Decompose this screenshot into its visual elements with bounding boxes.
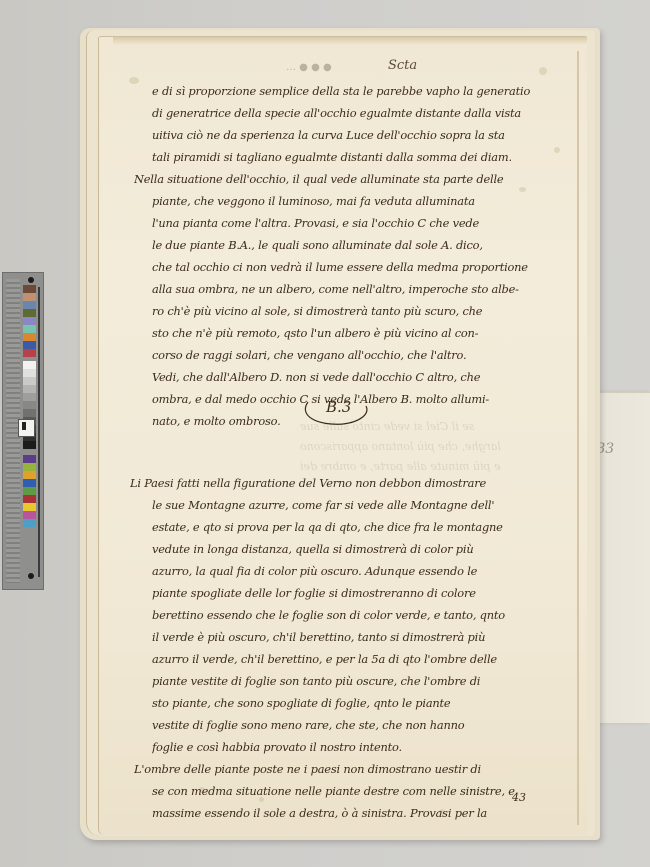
manuscript-text: e di sì proporzione semplice della sta l… bbox=[152, 80, 552, 824]
text-line: alla sua ombra, ne un albero, come nell'… bbox=[152, 278, 552, 300]
text-line: che tal occhio ci non vedrà il lume esse… bbox=[152, 256, 552, 278]
text-line: sto che n'è più remoto, qsto l'un albero… bbox=[152, 322, 552, 344]
text-line: uitiva ciò ne da sperienza la curva Luce… bbox=[152, 124, 552, 146]
color-patch bbox=[23, 401, 36, 409]
color-patch bbox=[23, 361, 36, 369]
text-line: le due piante B.A., le quali sono allumi… bbox=[152, 234, 552, 256]
text-line: corso de raggi solari, che vengano all'o… bbox=[152, 344, 552, 366]
text-line: Vedi, che dall'Albero D. non si vede dal… bbox=[152, 366, 552, 388]
color-patches bbox=[23, 285, 36, 527]
target-registration-dot bbox=[28, 277, 34, 283]
text-line: vestite di foglie sono meno rare, che st… bbox=[152, 714, 552, 736]
target-rail bbox=[38, 287, 40, 577]
color-patch bbox=[23, 369, 36, 377]
color-patch bbox=[23, 409, 36, 417]
header-mark: Scta bbox=[388, 58, 417, 73]
text-line: azurro il verde, ch'il berettino, e per … bbox=[152, 648, 552, 670]
color-patch bbox=[23, 519, 36, 527]
target-registration-dot bbox=[28, 573, 34, 579]
folio-number: 43 bbox=[512, 791, 526, 804]
color-patch bbox=[23, 503, 36, 511]
text-line: ro ch'è più vicino al sole, si dimostrer… bbox=[152, 300, 552, 322]
color-calibration-target bbox=[2, 272, 44, 590]
scanned-manuscript-image: B3 se il Ciel si vede cinto sulle sue la… bbox=[0, 0, 650, 867]
color-patch bbox=[23, 333, 36, 341]
color-patch bbox=[23, 341, 36, 349]
text-line: e di sì proporzione semplice della sta l… bbox=[152, 80, 552, 102]
color-patch bbox=[23, 377, 36, 385]
faded-header-text: … ● ● ● bbox=[286, 62, 332, 73]
text-line: tali piramidi si tagliano egualmte dista… bbox=[152, 146, 552, 168]
color-patch bbox=[23, 441, 36, 449]
text-line: azurro, la qual fia di color più oscuro.… bbox=[152, 560, 552, 582]
color-patch bbox=[23, 393, 36, 401]
text-line: sto piante, che sono spogliate di foglie… bbox=[152, 692, 552, 714]
color-patch bbox=[23, 349, 36, 357]
text-line: berettino essendo che le foglie son di c… bbox=[152, 604, 552, 626]
text-line: vedute in longa distanza, quella si dimo… bbox=[152, 538, 552, 560]
text-line: piante spogliate delle lor foglie si dim… bbox=[152, 582, 552, 604]
color-patch bbox=[23, 495, 36, 503]
text-line: l'una pianta come l'altra. Provasi, e si… bbox=[152, 212, 552, 234]
color-patch bbox=[23, 463, 36, 471]
section-marker-label: B.3 bbox=[326, 398, 351, 416]
color-patch bbox=[23, 471, 36, 479]
text-line: estate, e qto si prova per la qa di qto,… bbox=[152, 516, 552, 538]
text-line: foglie e così habbia provato il nostro i… bbox=[152, 736, 552, 758]
color-patch bbox=[23, 293, 36, 301]
color-patch bbox=[23, 511, 36, 519]
section-gap bbox=[152, 432, 552, 472]
color-patch bbox=[23, 487, 36, 495]
color-patch bbox=[23, 385, 36, 393]
text-line: di generatrice della specie all'occhio e… bbox=[152, 102, 552, 124]
paragraph-start-line: L'ombre delle piante poste ne i paesi no… bbox=[134, 758, 552, 780]
text-line: piante, che veggono il luminoso, mai fa … bbox=[152, 190, 552, 212]
target-label-card bbox=[18, 419, 35, 437]
color-patch bbox=[23, 301, 36, 309]
color-patch bbox=[23, 309, 36, 317]
color-patch bbox=[23, 455, 36, 463]
text-line: il verde è più oscuro, ch'il berettino, … bbox=[152, 626, 552, 648]
text-line: le sue Montagne azurre, come far si vede… bbox=[152, 494, 552, 516]
color-patch bbox=[23, 325, 36, 333]
text-line: piante vestite di foglie son tanto più o… bbox=[152, 670, 552, 692]
color-patch bbox=[23, 285, 36, 293]
color-patch bbox=[23, 317, 36, 325]
color-patch bbox=[23, 479, 36, 487]
text-line: massime essendo il sole a destra, ò à si… bbox=[152, 802, 552, 824]
paragraph-start-line: Li Paesi fatti nella figuratione del Ver… bbox=[130, 472, 552, 494]
text-line: se con medma situatione nelle piante des… bbox=[152, 780, 552, 802]
paragraph-start-line: Nella situatione dell'occhio, il qual ve… bbox=[134, 168, 552, 190]
